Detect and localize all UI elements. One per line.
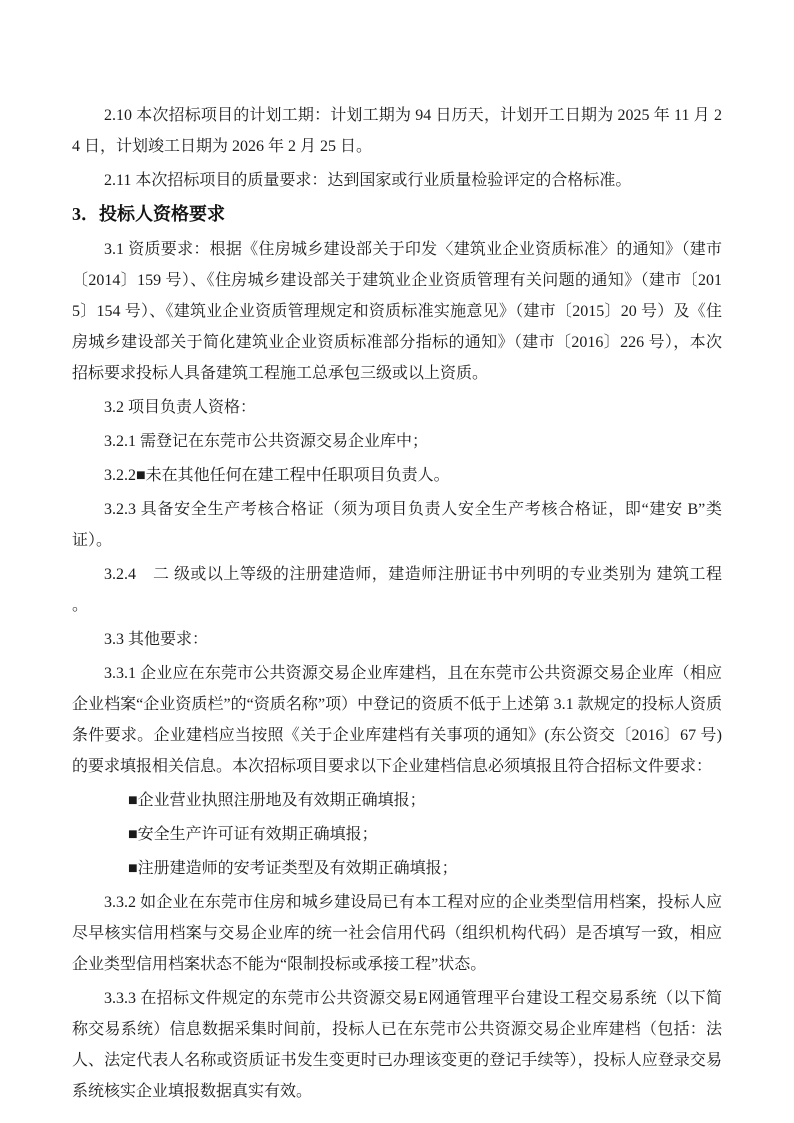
section-heading-bidder-qualifications: 3．投标人资格要求 (72, 199, 722, 230)
paragraph-3-2-project-leader: 3.2 项目负责人资格： (72, 392, 722, 423)
bullet-safety-production-permit: ■安全生产许可证有效期正确填报； (72, 819, 722, 850)
paragraph-3-2-2: 3.2.2■未在其他任何在建工程中任职项目负责人。 (72, 460, 722, 491)
paragraph-3-2-4: 3.2.4 二 级或以上等级的注册建造师，建造师注册证书中列明的专业类别为 建筑… (72, 559, 722, 621)
bullet-business-license: ■企业营业执照注册地及有效期正确填报； (72, 785, 722, 816)
paragraph-3-3-1: 3.3.1 企业应在东莞市公共资源交易企业库建档，且在东莞市公共资源交易企业库（… (72, 658, 722, 782)
bullet-registered-builder-cert: ■注册建造师的安考证类型及有效期正确填报； (72, 853, 722, 884)
paragraph-3-3-other-requirements: 3.3 其他要求： (72, 624, 722, 655)
paragraph-3-1-qualification-requirements: 3.1 资质要求：根据《住房城乡建设部关于印发〈建筑业企业资质标准〉的通知》（建… (72, 234, 722, 389)
paragraph-3-2-3: 3.2.3 具备安全生产考核合格证（须为项目负责人安全生产考核合格证，即“建安 … (72, 494, 722, 556)
paragraph-2-11: 2.11 本次招标项目的质量要求：达到国家或行业质量检验评定的合格标准。 (72, 165, 722, 196)
document-page: 2.10 本次招标项目的计划工期：计划工期为 94 日历天，计划开工日期为 20… (0, 0, 794, 1123)
paragraph-2-10: 2.10 本次招标项目的计划工期：计划工期为 94 日历天，计划开工日期为 20… (72, 100, 722, 162)
paragraph-3-3-2: 3.3.2 如企业在东莞市住房和城乡建设局已有本工程对应的企业类型信用档案，投标… (72, 887, 722, 980)
paragraph-3-3-3: 3.3.3 在招标文件规定的东莞市公共资源交易E网通管理平台建设工程交易系统（以… (72, 983, 722, 1107)
paragraph-3-2-1: 3.2.1 需登记在东莞市公共资源交易企业库中； (72, 426, 722, 457)
document-content: 2.10 本次招标项目的计划工期：计划工期为 94 日历天，计划开工日期为 20… (72, 100, 722, 1110)
